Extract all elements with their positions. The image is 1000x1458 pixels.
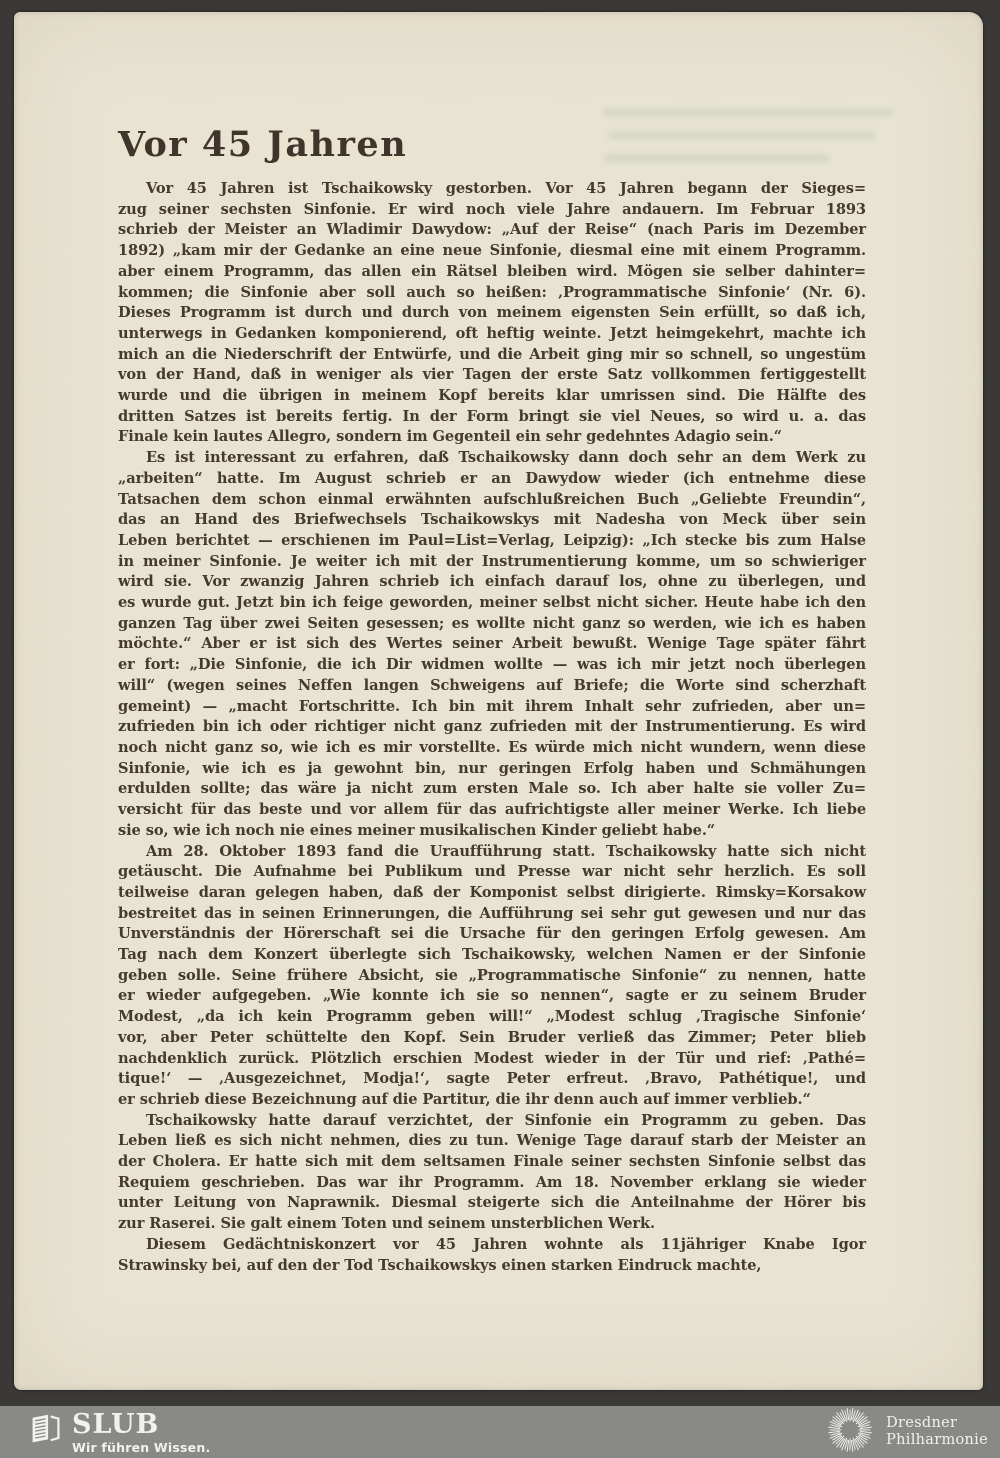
text-line: versicht für das beste und vor allem für… (118, 800, 866, 821)
text-line: unter Leitung von Naprawnik. Diesmal ste… (118, 1193, 866, 1214)
document-content: Vor 45 Jahren Vor 45 Jahren ist Tschaiko… (118, 124, 866, 1276)
text-line: geben solle. Seine frühere Absicht, sie … (118, 966, 866, 987)
text-line: Leben berichtet — erschienen im Paul=Lis… (118, 531, 866, 552)
text-line: sie so, wie ich noch nie eines meiner mu… (118, 821, 866, 842)
text-line: 1892) „kam mir der Gedanke an eine neue … (118, 241, 866, 262)
text-line: bestreitet das in seinen Erinnerungen, d… (118, 904, 866, 925)
slub-tagline: Wir führen Wissen. (72, 1440, 210, 1455)
text-line: in meiner Sinfonie. Je weiter ich mit de… (118, 552, 866, 573)
text-line: Unverständnis der Hörerschaft sei die Ur… (118, 924, 866, 945)
text-line: dritten Satzes ist bereits fertig. In de… (118, 407, 866, 428)
text-line: teilweise daran gelegen haben, daß der K… (118, 883, 866, 904)
text-line: mich an die Niederschrift der Entwürfe, … (118, 345, 866, 366)
text-line: es wurde gut. Jetzt bin ich feige geword… (118, 593, 866, 614)
text-line: Am 28. Oktober 1893 fand die Uraufführun… (118, 842, 866, 863)
viewer-footer: SLUB Wir führen Wissen. Dresdner Philhar… (0, 1406, 1000, 1458)
ghost-line (602, 108, 894, 117)
text-line: getäuscht. Die Aufnahme bei Publikum und… (118, 862, 866, 883)
document-text: Vor 45 Jahren ist Tschaikowsky gestorben… (118, 179, 866, 1276)
paragraph: Am 28. Oktober 1893 fand die Uraufführun… (118, 842, 866, 1111)
text-line: Tag nach dem Konzert überlegte sich Tsch… (118, 945, 866, 966)
text-line: vor, aber Peter schüttelte den Kopf. Sei… (118, 1028, 866, 1049)
text-line: Sinfonie, wie ich es ja gewohnt bin, nur… (118, 759, 866, 780)
text-line: zug seiner sechsten Sinfonie. Er wird no… (118, 200, 866, 221)
text-line: schrieb der Meister an Wladimir Dawydow:… (118, 220, 866, 241)
text-line: der Cholera. Er hatte sich mit dem selts… (118, 1152, 866, 1173)
text-line: wird sie. Vor zwanzig Jahren schrieb ich… (118, 572, 866, 593)
text-line: Tatsachen dem schon einmal erwähnten auf… (118, 490, 866, 511)
text-line: aber einem Programm, das allen ein Rätse… (118, 262, 866, 283)
text-line: wurde und die übrigen in meinem Kopf ber… (118, 386, 866, 407)
text-line: tique!‘ — ‚Ausgezeichnet, Modja!‘, sagte… (118, 1069, 866, 1090)
slub-logo[interactable]: SLUB Wir führen Wissen. (30, 1412, 210, 1455)
philharmonie-line2: Philharmonie (886, 1432, 988, 1450)
text-line: Modest, „da ich kein Programm geben will… (118, 1007, 866, 1028)
paragraph: Diesem Gedächtniskonzert vor 45 Jahren w… (118, 1235, 866, 1276)
text-line: er fort: „Die Sinfonie, die ich Dir widm… (118, 655, 866, 676)
text-line: unterwegs in Gedanken komponierend, oft … (118, 324, 866, 345)
text-line: das an Hand des Briefwechsels Tschaikows… (118, 510, 866, 531)
text-line: Leben ließ es sich nicht nehmen, dies zu… (118, 1131, 866, 1152)
text-line: Es ist interessant zu erfahren, daß Tsch… (118, 448, 866, 469)
text-line: Vor 45 Jahren ist Tschaikowsky gestorben… (118, 179, 866, 200)
scanned-page: Vor 45 Jahren Vor 45 Jahren ist Tschaiko… (14, 12, 983, 1390)
text-line: Requiem geschrieben. Das war ihr Program… (118, 1173, 866, 1194)
paragraph: Es ist interessant zu erfahren, daß Tsch… (118, 448, 866, 841)
open-book-icon (30, 1412, 61, 1450)
text-line: gemeint) — „macht Fortschritte. Ich bin … (118, 697, 866, 718)
text-line: möchte.“ Aber er ist sich des Wertes sei… (118, 634, 866, 655)
starburst-icon (827, 1407, 873, 1457)
paragraph: Vor 45 Jahren ist Tschaikowsky gestorben… (118, 179, 866, 448)
text-line: zur Raserei. Sie galt einem Toten und se… (118, 1214, 866, 1235)
text-line: Dieses Programm ist durch und durch von … (118, 303, 866, 324)
philharmonie-line1: Dresdner (886, 1415, 988, 1433)
philharmonie-wordmark: Dresdner Philharmonie (886, 1415, 988, 1450)
text-line: Tschaikowsky hatte darauf verzichtet, de… (118, 1111, 866, 1132)
text-line: nachdenklich zurück. Plötzlich erschien … (118, 1049, 866, 1070)
text-line: er schrieb diese Bezeichnung auf die Par… (118, 1090, 866, 1111)
slub-wordmark: SLUB Wir führen Wissen. (72, 1412, 210, 1455)
viewer-canvas: Vor 45 Jahren Vor 45 Jahren ist Tschaiko… (0, 0, 1000, 1458)
text-line: ganzen Tag über zwei Seiten gesessen; es… (118, 614, 866, 635)
dresdner-philharmonie-logo[interactable]: Dresdner Philharmonie (827, 1409, 988, 1455)
text-line: Finale kein lautes Allegro, sondern im G… (118, 427, 866, 448)
paragraph: Tschaikowsky hatte darauf verzichtet, de… (118, 1111, 866, 1235)
text-line: will“ (wegen seines Neffen langen Schwei… (118, 676, 866, 697)
text-line: „arbeiten“ hatte. Im August schrieb er a… (118, 469, 866, 490)
text-line: Strawinsky bei, auf den der Tod Tschaiko… (118, 1256, 866, 1277)
text-line: von der Hand, daß in weniger als vier Ta… (118, 365, 866, 386)
text-line: kommen; die Sinfonie aber soll auch so h… (118, 283, 866, 304)
text-line: noch nicht ganz so, wie ich es mir vorst… (118, 738, 866, 759)
text-line: Diesem Gedächtniskonzert vor 45 Jahren w… (118, 1235, 866, 1256)
text-line: er wieder aufgegeben. „Wie konnte ich si… (118, 986, 866, 1007)
page-title: Vor 45 Jahren (118, 124, 866, 165)
text-line: erdulden sollte; das wäre ja nicht zum e… (118, 779, 866, 800)
text-line: zufrieden bin ich oder richtiger nicht g… (118, 717, 866, 738)
slub-name: SLUB (72, 1412, 210, 1438)
